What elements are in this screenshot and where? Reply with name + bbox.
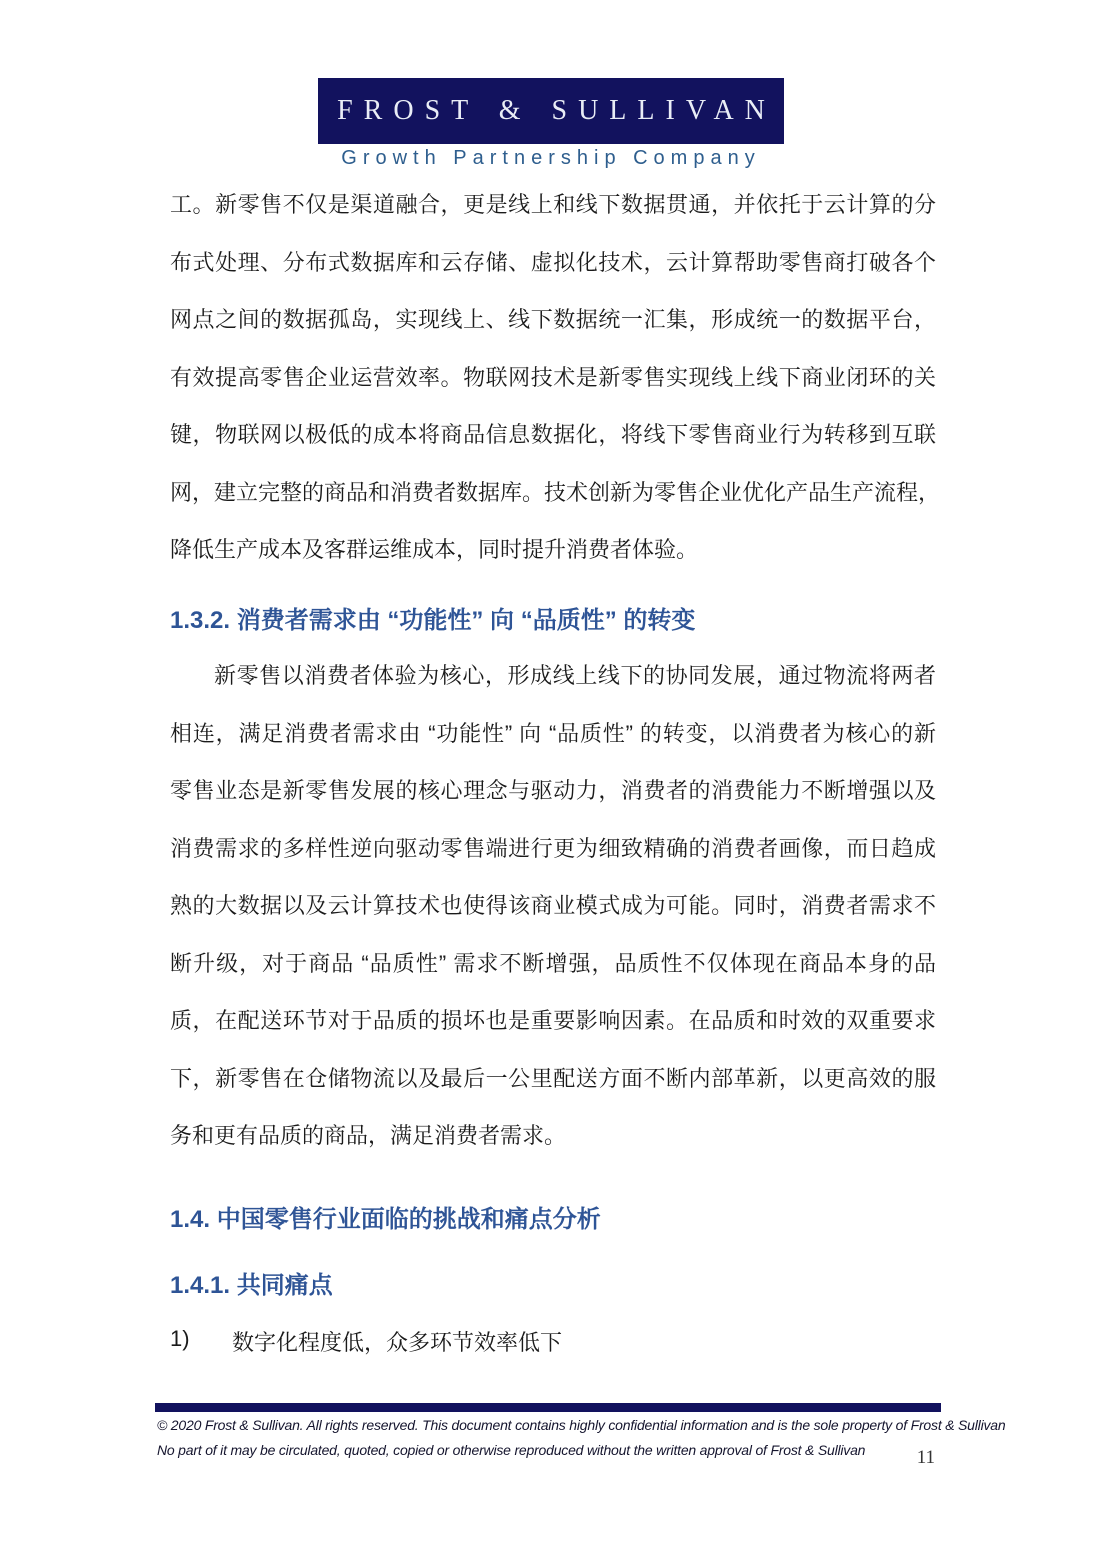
paragraph-2-line: 熟的大数据以及云计算技术也使得该商业模式成为可能。同时，消费者需求不 xyxy=(170,877,936,935)
paragraph-2-line: 质，在配送环节对于品质的损坏也是重要影响因素。在品质和时效的双重要求 xyxy=(170,992,936,1050)
paragraph-2: 新零售以消费者体验为核心，形成线上线下的协同发展，通过物流将两者 相连，满足消费… xyxy=(170,647,936,1165)
section-heading-1-3-2: 1.3.2. 消费者需求由 “功能性” 向 “品质性” 的转变 xyxy=(170,600,970,635)
paragraph-1-line: 布式处理、分布式数据库和云存储、虚拟化技术，云计算帮助零售商打破各个 xyxy=(170,234,936,292)
section-heading-1-4: 1.4. 中国零售行业面临的挑战和痛点分析 xyxy=(170,1199,970,1234)
frost-sullivan-logo: FROST & SULLIVAN xyxy=(318,78,784,144)
paragraph-1-line: 网，建立完整的商品和消费者数据库。技术创新为零售企业优化产品生产流程， xyxy=(170,464,936,522)
paragraph-2-line: 消费需求的多样性逆向驱动零售端进行更为细致精确的消费者画像，而日趋成 xyxy=(170,820,936,878)
paragraph-2-line: 务和更有品质的商品，满足消费者需求。 xyxy=(170,1107,936,1165)
paragraph-1: 工。新零售不仅是渠道融合，更是线上和线下数据贯通，并依托于云计算的分 布式处理、… xyxy=(170,176,936,579)
document-page: FROST & SULLIVAN Growth Partnership Comp… xyxy=(0,0,1102,1559)
paragraph-2-line: 下，新零售在仓储物流以及最后一公里配送方面不断内部革新，以更高效的服 xyxy=(170,1050,936,1108)
footer-copyright-line-2: No part of it may be circulated, quoted,… xyxy=(157,1442,957,1458)
logo-title: FROST & SULLIVAN xyxy=(326,95,776,127)
footer-copyright-line-1: © 2020 Frost & Sullivan. All rights rese… xyxy=(157,1417,957,1433)
paragraph-2-line: 新零售以消费者体验为核心，形成线上线下的协同发展，通过物流将两者 xyxy=(170,647,936,705)
paragraph-2-line: 相连，满足消费者需求由 “功能性” 向 “品质性” 的转变，以消费者为核心的新 xyxy=(170,705,936,763)
paragraph-2-line: 零售业态是新零售发展的核心理念与驱动力，消费者的消费能力不断增强以及 xyxy=(170,762,936,820)
page-number: 11 xyxy=(917,1447,935,1469)
paragraph-1-line: 键，物联网以极低的成本将商品信息数据化，将线下零售商业行为转移到互联 xyxy=(170,406,936,464)
logo-tagline: Growth Partnership Company xyxy=(0,147,1102,170)
paragraph-2-line: 断升级，对于商品 “品质性” 需求不断增强，品质性不仅体现在商品本身的品 xyxy=(170,935,936,993)
list-item-1-marker: 1) xyxy=(170,1326,232,1357)
paragraph-1-line: 有效提高零售企业运营效率。物联网技术是新零售实现线上线下商业闭环的关 xyxy=(170,349,936,407)
section-heading-1-4-1: 1.4.1. 共同痛点 xyxy=(170,1265,970,1300)
footer-divider-bar xyxy=(155,1403,941,1412)
list-item-1-text: 数字化程度低，众多环节效率低下 xyxy=(232,1326,562,1357)
list-item-1: 1) 数字化程度低，众多环节效率低下 xyxy=(170,1326,936,1357)
paragraph-1-line: 工。新零售不仅是渠道融合，更是线上和线下数据贯通，并依托于云计算的分 xyxy=(170,176,936,234)
paragraph-1-line: 降低生产成本及客群运维成本，同时提升消费者体验。 xyxy=(170,521,936,579)
paragraph-1-line: 网点之间的数据孤岛，实现线上、线下数据统一汇集，形成统一的数据平台， xyxy=(170,291,936,349)
